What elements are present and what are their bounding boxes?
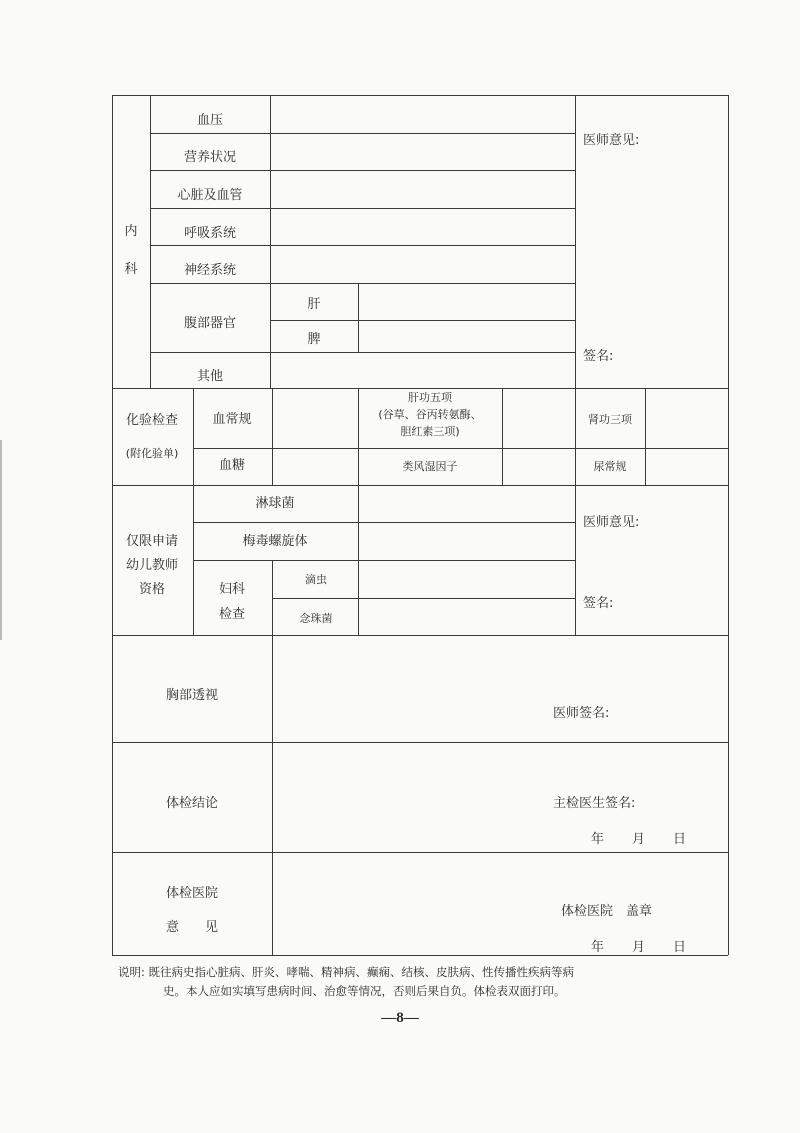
label-gynecology: 妇科: [219, 582, 245, 598]
respiratory-field[interactable]: [272, 209, 574, 244]
signature-label: 签名:: [583, 596, 613, 612]
scan-edge: [0, 440, 2, 640]
teacher-doctor-opinion-field[interactable]: [577, 532, 727, 592]
hospital-opinion-field[interactable]: [274, 853, 544, 953]
label-liver-function-detail: (谷草、谷丙转氨酶、: [378, 407, 481, 423]
section-label: 内: [124, 224, 137, 240]
table-border-left: [112, 95, 113, 955]
grid-line: [112, 388, 728, 389]
grid-line: [575, 95, 576, 388]
row-label-nervous: 神经系统: [184, 263, 236, 279]
row-label-blood-pressure: 血压: [197, 113, 223, 129]
row-label-nutrition: 营养状况: [184, 150, 236, 166]
row-label-liver: 肝: [307, 297, 320, 313]
table-border-right: [728, 95, 729, 955]
urine-routine-field[interactable]: [647, 449, 727, 484]
candida-field[interactable]: [360, 599, 574, 634]
date-year-label: 年: [591, 832, 604, 848]
gonococcus-field[interactable]: [360, 486, 574, 521]
grid-line: [575, 388, 576, 635]
page-number: —8—: [381, 1010, 419, 1027]
section-label: 资格: [139, 582, 165, 598]
label-hospital: 体检医院: [166, 886, 218, 902]
chest-xray-field[interactable]: [274, 636, 727, 741]
footnote-line: 说明: 既往病史指心脏病、肝炎、哮喘、精神病、癫痫、结核、皮肤病、性传播性疾病等…: [118, 963, 574, 981]
label-opinion: 意 见: [166, 920, 218, 936]
label-liver-function-detail: 胆红素三项): [400, 424, 459, 440]
grid-line: [358, 283, 359, 352]
label-gonococcus: 淋球菌: [255, 496, 294, 512]
label-treponema: 梅毒螺旋体: [242, 534, 307, 550]
date-month-label: 月: [632, 940, 645, 956]
grid-line: [502, 388, 503, 485]
spleen-field[interactable]: [360, 321, 574, 351]
liver-field[interactable]: [360, 284, 574, 319]
label-conclusion: 体检结论: [166, 796, 218, 812]
row-label-other: 其他: [197, 369, 223, 385]
label-liver-function: 肝功五项: [408, 390, 452, 406]
grid-line: [645, 388, 646, 485]
blood-pressure-field[interactable]: [272, 96, 574, 132]
grid-line: [150, 95, 151, 388]
section-sublabel: (附化验单): [126, 446, 179, 462]
other-field[interactable]: [272, 353, 574, 387]
exam-form-page: 内 科 血压 营养状况 心脏及血管 呼吸系统 神经系统 腹部器官 肝 脾 其他 …: [0, 0, 800, 1133]
label-trichomonas: 滴虫: [305, 572, 327, 588]
signature-label: 签名:: [583, 349, 613, 365]
treponema-field[interactable]: [360, 523, 574, 559]
grid-line: [270, 95, 271, 388]
label-gynecology: 检查: [219, 607, 245, 623]
rheumatoid-factor-field[interactable]: [504, 449, 574, 484]
blood-sugar-field[interactable]: [274, 449, 357, 484]
label-blood-sugar: 血糖: [219, 458, 245, 474]
label-rheumatoid-factor: 类风湿因子: [403, 459, 458, 475]
label-chest-xray: 胸部透视: [166, 688, 218, 704]
row-label-heart: 心脏及血管: [177, 188, 242, 204]
section-label: 仅限申请: [126, 534, 178, 550]
internal-doctor-opinion-field[interactable]: [577, 150, 727, 340]
row-label-respiratory: 呼吸系统: [184, 226, 236, 242]
chief-doctor-signature-label: 主检医生签名:: [553, 796, 635, 812]
trichomonas-field[interactable]: [360, 561, 574, 597]
row-label-abdominal: 腹部器官: [184, 316, 236, 332]
grid-line: [272, 635, 273, 955]
date-day-label: 日: [673, 940, 686, 956]
section-label: 幼儿教师: [126, 558, 178, 574]
grid-line: [272, 388, 273, 485]
date-day-label: 日: [673, 832, 686, 848]
blood-routine-field[interactable]: [274, 389, 357, 447]
doctor-opinion-label: 医师意见:: [583, 133, 639, 149]
nutrition-field[interactable]: [272, 134, 574, 169]
nervous-field[interactable]: [272, 246, 574, 282]
grid-line: [358, 388, 359, 485]
date-month-label: 月: [632, 832, 645, 848]
doctor-opinion-label: 医师意见:: [583, 515, 639, 531]
label-urine-routine: 尿常规: [594, 459, 627, 475]
label-blood-routine: 血常规: [212, 412, 251, 428]
date-year-label: 年: [591, 940, 604, 956]
row-label-spleen: 脾: [307, 332, 320, 348]
label-kidney-function: 肾功三项: [588, 412, 632, 428]
section-label: 化验检查: [126, 413, 178, 429]
footnote-line: 史。本人应如实填写患病时间、治愈等情况，否则后果自负。体检表双面打印。: [163, 982, 566, 1000]
heart-field[interactable]: [272, 171, 574, 207]
conclusion-field[interactable]: [274, 743, 544, 851]
hospital-stamp-label: 体检医院 盖章: [561, 904, 652, 920]
label-candida: 念珠菌: [300, 611, 333, 627]
kidney-function-field[interactable]: [647, 389, 727, 447]
liver-function-field[interactable]: [504, 389, 574, 447]
grid-line: [193, 388, 194, 635]
section-label: 科: [124, 262, 137, 278]
